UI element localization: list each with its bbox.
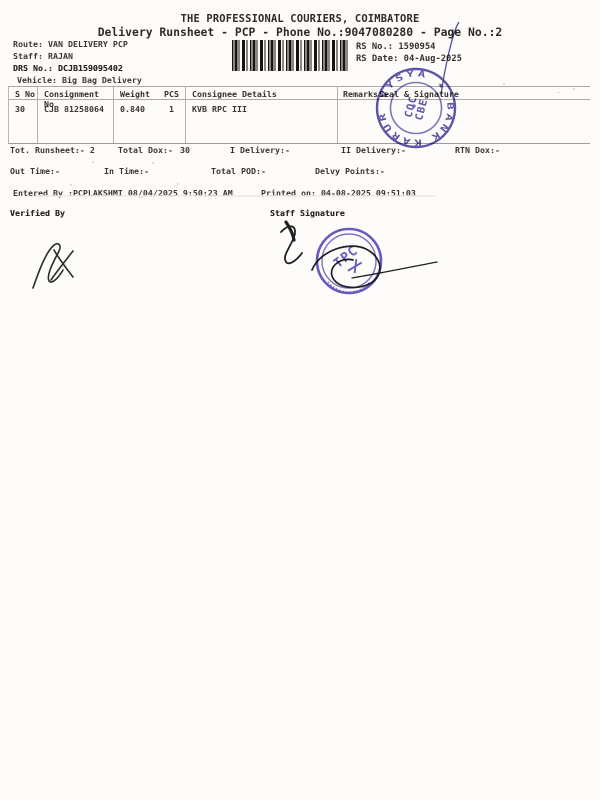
scan-speck <box>152 162 154 164</box>
drs-value: DCJB159095402 <box>58 63 123 73</box>
row-remarks <box>338 100 590 143</box>
route-label: Route: <box>13 39 43 49</box>
row-pcs: 1 <box>169 104 174 114</box>
col-header-consignee-details: Consignee Details <box>186 87 338 100</box>
total-pod: Total POD:- <box>211 166 266 176</box>
delivery-runsheet-document: THE PROFESSIONAL COURIERS, COIMBATORE De… <box>0 0 600 800</box>
verified-by-label: Verified By <box>10 208 65 218</box>
rs-no-line: RS No.: 1590954 <box>356 42 435 52</box>
staff-signature-label: Staff Signature <box>270 208 345 218</box>
tpc-stamp: TPC <box>317 229 381 293</box>
i-delivery: I Delivery:- <box>230 145 290 155</box>
row-weight-pcs: 0.840 1 <box>114 100 186 143</box>
row-sno: 30 <box>9 100 38 143</box>
scan-speck <box>139 197 143 198</box>
scan-streak <box>36 195 436 197</box>
company-title: THE PROFESSIONAL COURIERS, COIMBATORE <box>0 13 600 25</box>
vehicle-value: Big Bag Delivery <box>62 75 142 85</box>
route-value: VAN DELIVERY PCP <box>48 39 128 49</box>
col-header-remarks-seal: Remarks Seal & Signature <box>338 87 590 100</box>
rs-no-label: RS No.: <box>356 42 393 52</box>
col-header-sno: S No <box>9 87 38 100</box>
col-header-consignment-no: Consignment No <box>38 87 114 100</box>
rs-date-line: RS Date: 04-Aug-2025 <box>356 54 462 64</box>
col-header-pcs: PCS <box>164 89 179 99</box>
scan-speck <box>557 92 560 93</box>
runsheet-subtitle: Delivery Runsheet - PCP - Phone No.:9047… <box>0 25 600 39</box>
tpc-stamp-text: TPC <box>331 243 361 271</box>
in-time: In Time:- <box>104 166 149 176</box>
runsheet-barcode <box>232 40 348 71</box>
scan-speck <box>503 83 505 85</box>
verified-by-signature <box>33 244 73 288</box>
route-line: Route: VAN DELIVERY PCP <box>13 39 128 49</box>
tot-runsheet: Tot. Runsheet:- 2 <box>10 145 95 155</box>
ii-delivery: II Delivery:- <box>341 145 406 155</box>
rs-no-value: 1590954 <box>398 42 435 52</box>
staff-value: RAJAN <box>48 51 73 61</box>
drs-label: DRS No.: <box>13 63 53 73</box>
col-header-weight-pcs: Weight PCS <box>114 87 186 100</box>
scan-speck <box>92 161 94 163</box>
delvy-points: Delvy Points:- <box>315 166 385 176</box>
col-header-seal-signature: Seal & Signature <box>379 89 459 99</box>
total-dox-label: Total Dox:- <box>118 145 173 155</box>
scan-speck <box>177 183 179 185</box>
scan-speck <box>573 88 575 90</box>
vehicle-label: Vehicle: <box>17 75 57 85</box>
tpc-stamp-marks <box>345 258 364 276</box>
staff-signature <box>281 222 437 287</box>
rs-date-label: RS Date: <box>356 54 398 64</box>
rs-date-value: 04-Aug-2025 <box>404 54 462 64</box>
row-consignment-no: CJB 81258064 <box>38 100 114 143</box>
drs-line: DRS No.: DCJB159095402 <box>13 63 123 73</box>
tpc-stamp-ring-microtext <box>328 282 370 292</box>
row-consignee-details: KVB RPC III <box>186 100 338 143</box>
total-dox-value: 30 <box>180 145 190 155</box>
vehicle-line: Vehicle: Big Bag Delivery <box>17 75 142 85</box>
col-header-remarks: Remarks <box>343 89 378 99</box>
out-time: Out Time:- <box>10 166 60 176</box>
staff-label: Staff: <box>13 51 43 61</box>
rtn-dox: RTN Dox:- <box>455 145 500 155</box>
scan-speck <box>70 184 72 186</box>
col-header-weight: Weight <box>120 89 150 99</box>
consignment-table: S No Consignment No Weight PCS Consignee… <box>8 86 590 144</box>
row-weight: 0.840 <box>120 104 145 114</box>
staff-line: Staff: RAJAN <box>13 51 73 61</box>
